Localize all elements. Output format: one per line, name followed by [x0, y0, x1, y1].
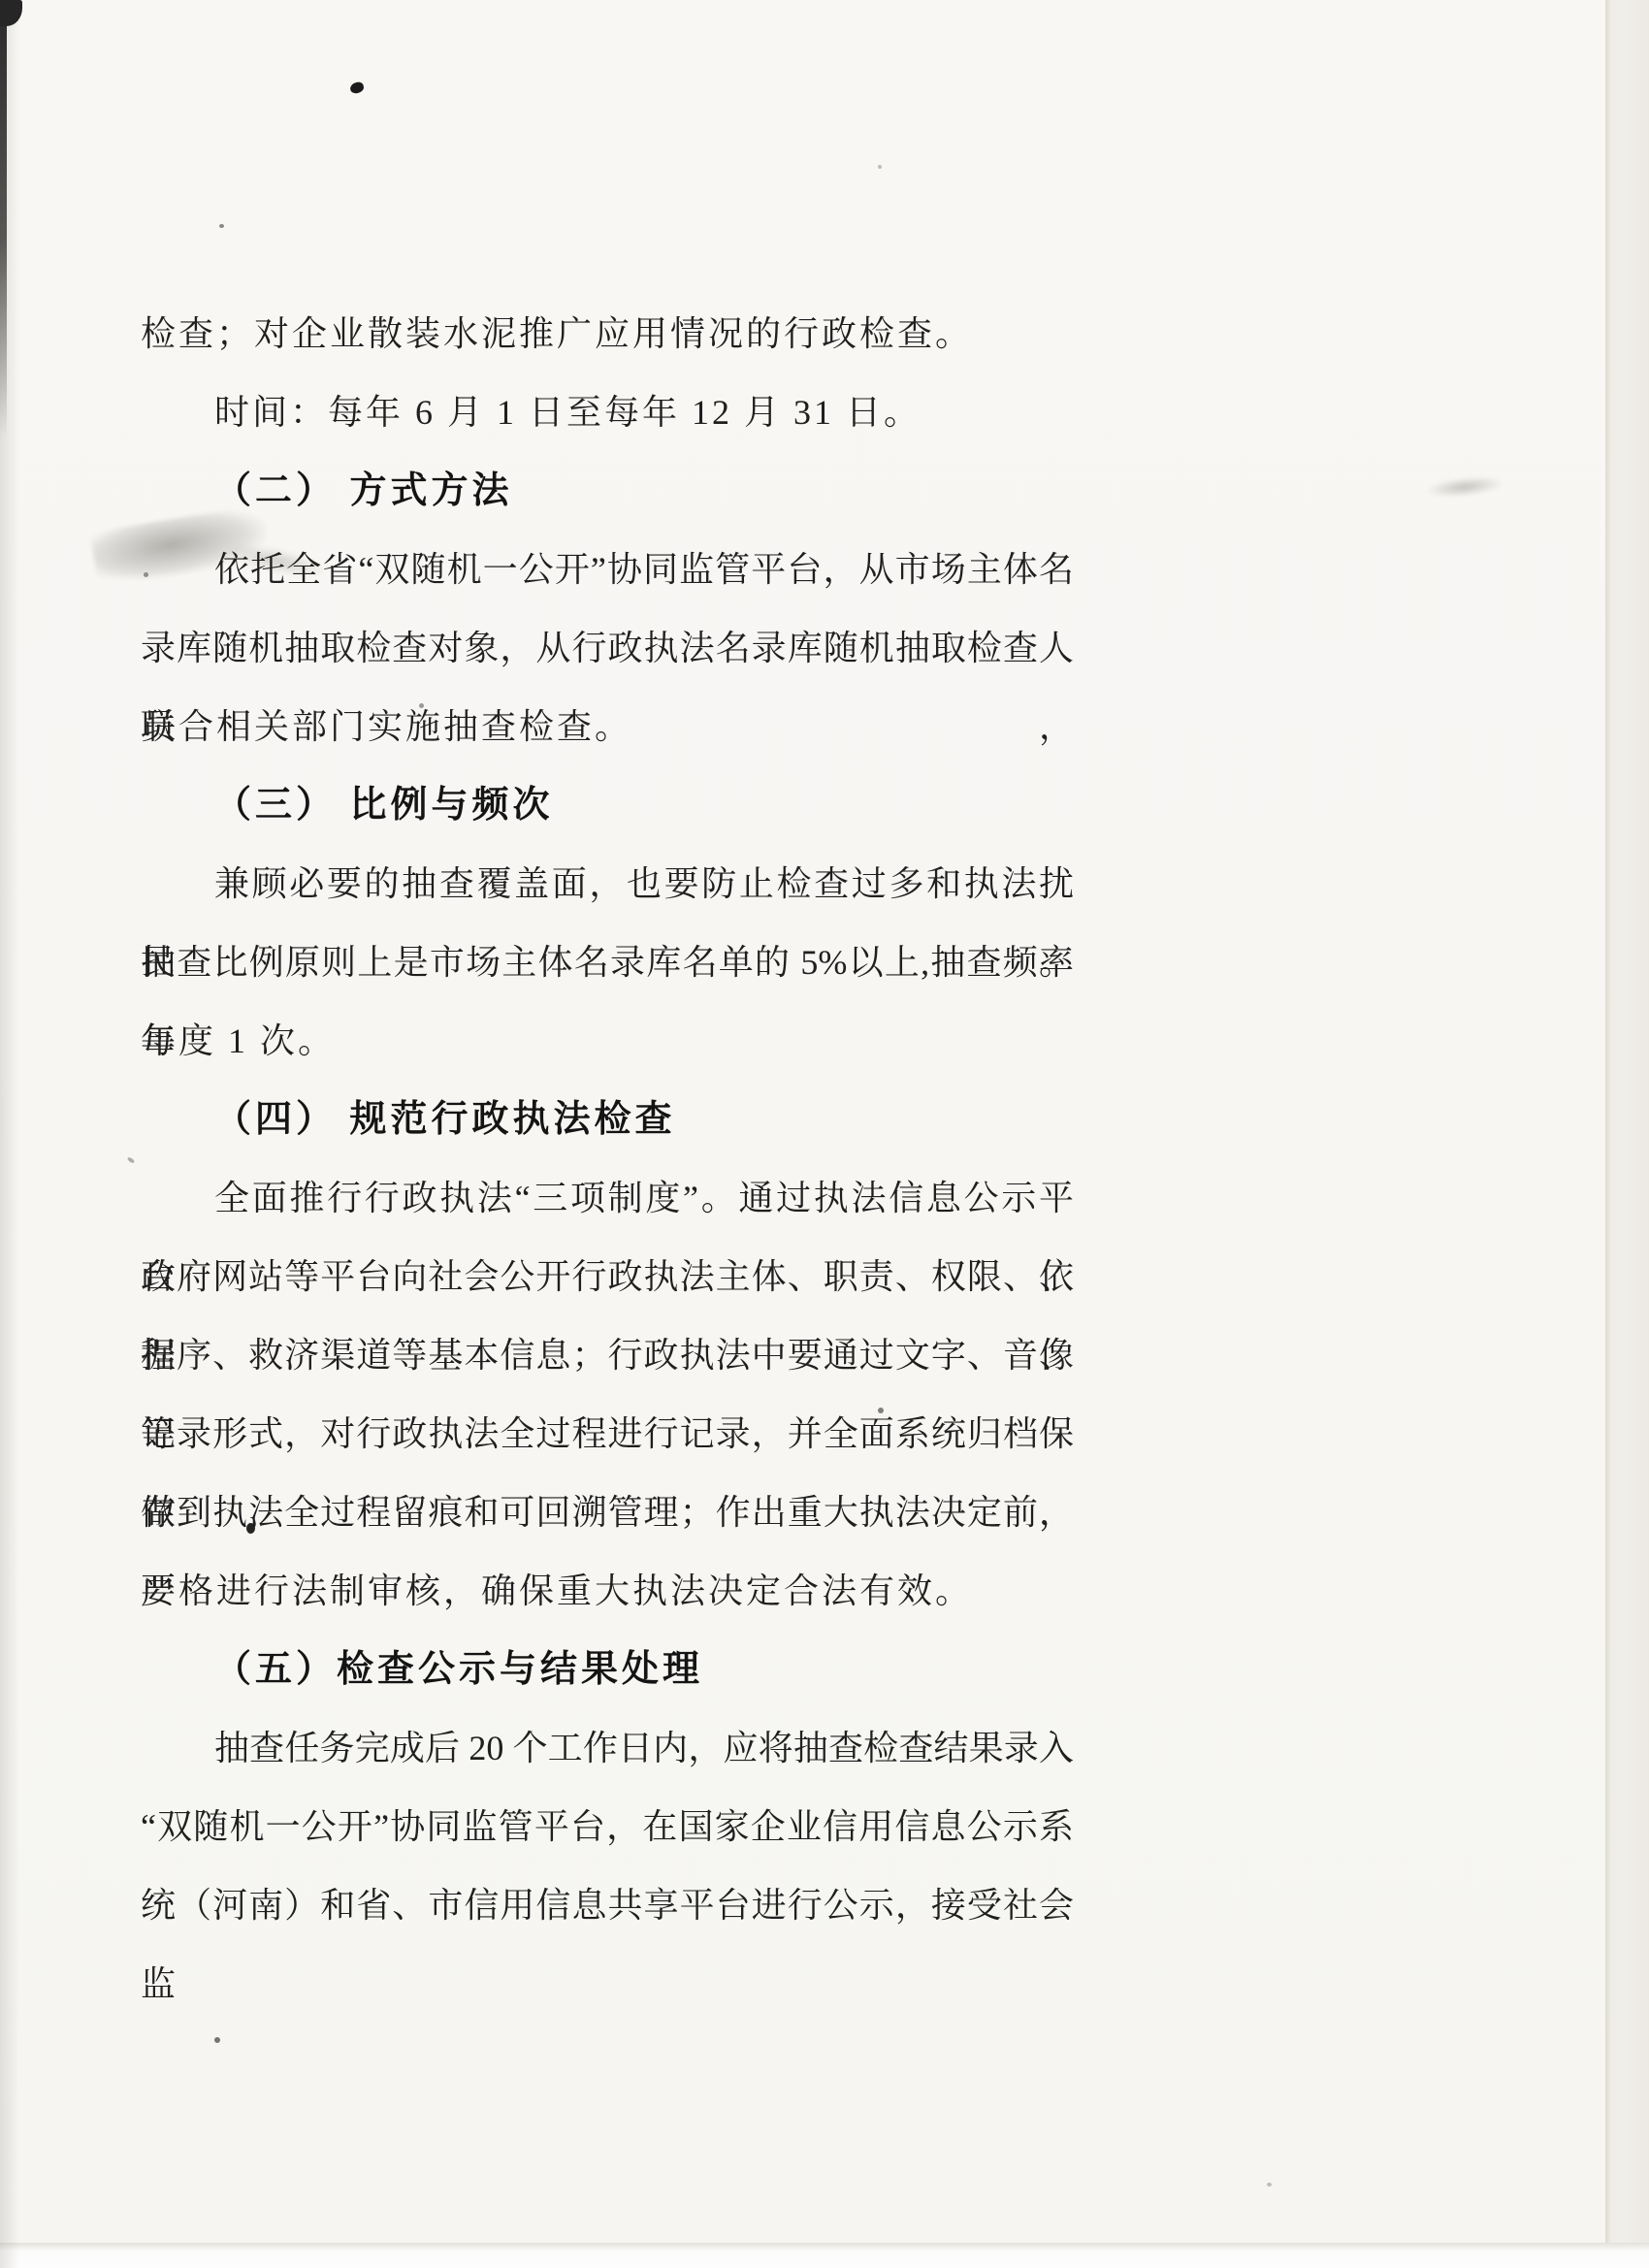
- text-line: 严格进行法制审核，确保重大执法决定合法有效。: [141, 1552, 1074, 1631]
- text-line: 程序、救济渠道等基本信息；行政执法中要通过文字、音像等: [141, 1316, 1074, 1395]
- text-line: “双随机一公开”协同监管平台，在国家企业信用信息公示系: [141, 1788, 1074, 1866]
- text-line: 做到执法全过程留痕和可回溯管理；作出重大执法决定前，要: [141, 1474, 1074, 1552]
- text-line: 检查；对企业散装水泥推广应用情况的行政检查。: [141, 295, 1074, 373]
- text-line: 政府网站等平台向社会公开行政执法主体、职责、权限、依据、: [141, 1238, 1074, 1316]
- text-line: 依托全省“双随机一公开”协同监管平台，从市场主体名: [141, 531, 1074, 609]
- ink-speck: [214, 2037, 220, 2043]
- ink-speck: [1267, 2183, 1272, 2187]
- ink-speck: [219, 224, 224, 228]
- text-line: 时间：每年 6 月 1 日至每年 12 月 31 日。: [141, 373, 1074, 452]
- text-line: 抽查任务完成后 20 个工作日内，应将抽查检查结果录入: [141, 1709, 1074, 1788]
- ink-speck: [878, 165, 882, 169]
- section-heading: （四） 规范行政执法检查: [141, 1081, 1074, 1159]
- paper-right-edge: [1605, 0, 1649, 2268]
- document-body: 检查；对企业散装水泥推广应用情况的行政检查。时间：每年 6 月 1 日至每年 1…: [141, 295, 1074, 1945]
- section-heading: （二） 方式方法: [141, 452, 1074, 531]
- scan-left-dark-strip: [0, 0, 7, 437]
- text-line: 年度 1 次。: [141, 1002, 1074, 1081]
- stain-smudge-right: [1425, 473, 1504, 501]
- text-line: 兼顾必要的抽查覆盖面，也要防止检查过多和执法扰民。: [141, 845, 1074, 923]
- section-heading: （五）检查公示与结果处理: [141, 1631, 1074, 1709]
- text-line: 录库随机抽取检查对象，从行政执法名录库随机抽取检查人员，: [141, 609, 1074, 688]
- ink-speck: [349, 81, 365, 94]
- text-line: 记录形式，对行政执法全过程进行记录，并全面系统归档保存，: [141, 1395, 1074, 1474]
- text-line: 抽查比例原则上是市场主体名录库名单的 5%以上,抽查频率每: [141, 923, 1074, 1002]
- section-heading: （三） 比例与频次: [141, 766, 1074, 845]
- ink-speck: [127, 1156, 136, 1164]
- paper-bottom-edge: [0, 2243, 1649, 2268]
- scanned-page: 检查；对企业散装水泥推广应用情况的行政检查。时间：每年 6 月 1 日至每年 1…: [0, 0, 1649, 2268]
- text-line: 统（河南）和省、市信用信息共享平台进行公示，接受社会监: [141, 1866, 1074, 1945]
- text-line: 全面推行行政执法“三项制度”。通过执法信息公示平台、: [141, 1159, 1074, 1238]
